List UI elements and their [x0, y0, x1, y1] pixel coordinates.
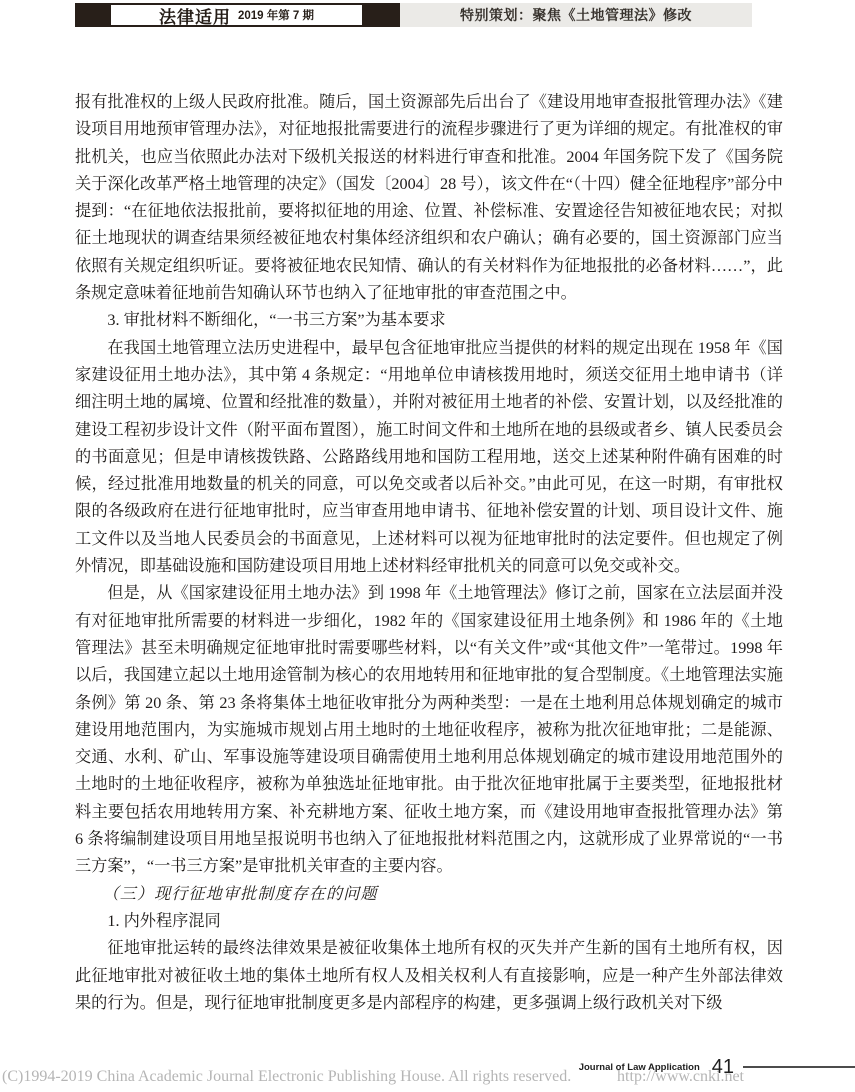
footer-right: Journal of Law Application 41: [579, 1057, 855, 1077]
section-banner-label: 特别策划：聚焦《土地管理法》修改: [460, 5, 692, 25]
journal-title: 法律适用: [159, 3, 231, 28]
paragraph-continued: 报有批准权的上级人民政府批准。随后，国土资源部先后出台了《建设用地审查报批管理办…: [75, 89, 783, 307]
paragraph: 在我国土地管理立法历史进程中，最早包含征地审批应当提供的材料的规定出现在 195…: [75, 335, 783, 581]
subheading-numbered: 3. 审批材料不断细化，“一书三方案”为基本要求: [75, 307, 783, 334]
section-banner: 特别策划：聚焦《土地管理法》修改: [400, 3, 752, 27]
footer-rule: [743, 1066, 855, 1068]
journal-masthead-box: 法律适用 2019 年第 7 期: [111, 5, 362, 25]
page-number: 41: [712, 1057, 734, 1077]
journal-issue: 2019 年第 7 期: [238, 7, 314, 23]
copyright-watermark-text: (C)1994-2019 China Academic Journal Elec…: [2, 1068, 571, 1086]
subheading-section: （三）现行征地审批制度存在的问题: [75, 881, 783, 908]
paragraph: 但是，从《国家建设征用土地办法》到 1998 年《土地管理法》修订之前，国家在立…: [75, 580, 783, 880]
journal-name-english: Journal of Law Application: [579, 1062, 700, 1073]
journal-masthead-bar: 法律适用 2019 年第 7 期: [75, 3, 400, 27]
paragraph: 征地审批运转的最终法律效果是被征收集体土地所有权的灭失并产生新的国有土地所有权，…: [75, 935, 783, 1017]
journal-page: 法律适用 2019 年第 7 期 特别策划：聚焦《土地管理法》修改 报有批准权的…: [0, 0, 855, 1092]
subheading-numbered: 1. 内外程序混同: [75, 908, 783, 935]
article-body: 报有批准权的上级人民政府批准。随后，国土资源部先后出台了《建设用地审查报批管理办…: [75, 89, 783, 1017]
